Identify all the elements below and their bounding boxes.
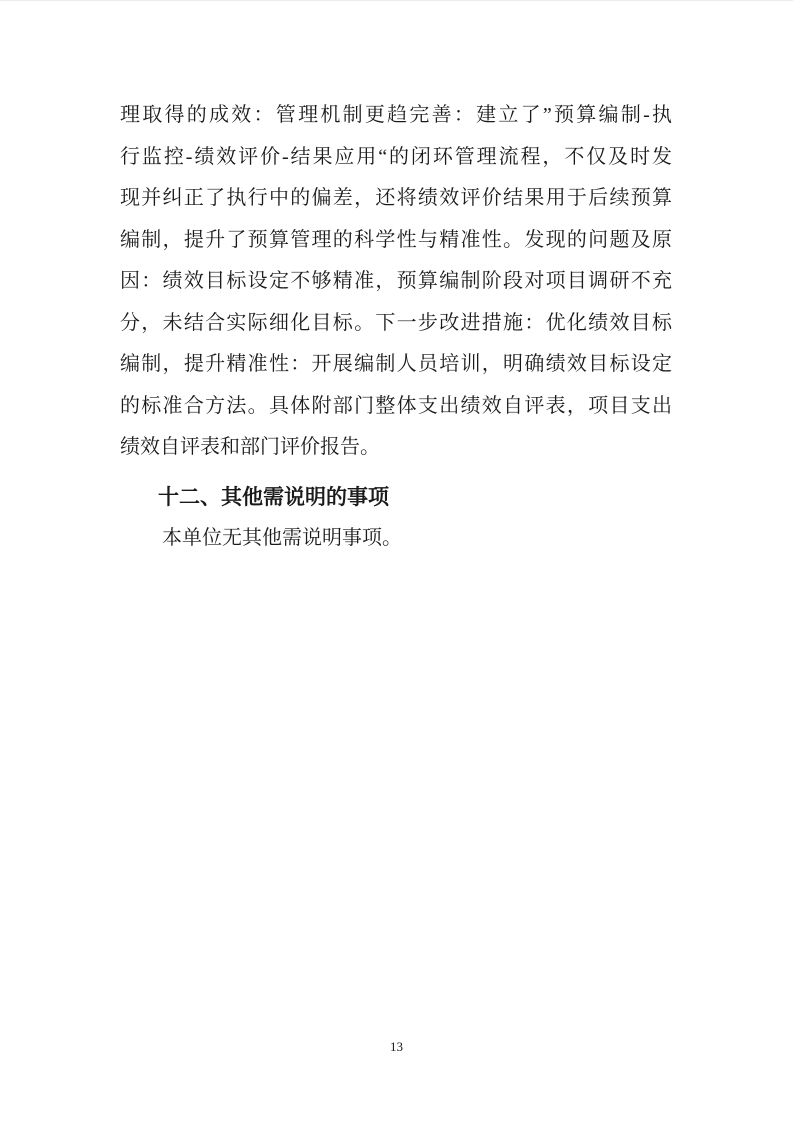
text-line: 绩效自评表和部门评价报告。 — [120, 427, 672, 469]
text-line: 现并纠正了执行中的偏差，还将绩效评价结果用于后续预算 — [120, 178, 672, 220]
text-line: 编制，提升精准性：开展编制人员培训，明确绩效目标设定 — [120, 344, 672, 386]
paragraph-continued: 理取得的成效：管理机制更趋完善：建立了”预算编制-执 行监控-绩效评价-结果应用… — [120, 95, 672, 469]
text-line: 行监控-绩效评价-结果应用“的闭环管理流程，不仅及时发 — [120, 137, 672, 179]
document-page: 理取得的成效：管理机制更趋完善：建立了”预算编制-执 行监控-绩效评价-结果应用… — [0, 0, 793, 1122]
text-line: 理取得的成效：管理机制更趋完善：建立了”预算编制-执 — [120, 95, 672, 137]
text-line: 分，未结合实际细化目标。下一步改进措施：优化绩效目标 — [120, 303, 672, 345]
text-line: 的标准合方法。具体附部门整体支出绩效自评表，项目支出 — [120, 386, 672, 428]
paragraph-note: 本单位无其他需说明事项。 — [120, 518, 672, 560]
text-line: 编制，提升了预算管理的科学性与精准性。发现的问题及原 — [120, 220, 672, 262]
page-number: 13 — [0, 1039, 793, 1055]
text-line: 因：绩效目标设定不够精准，预算编制阶段对项目调研不充 — [120, 261, 672, 303]
section-heading: 十二、其他需说明的事项 — [120, 477, 672, 519]
document-body: 理取得的成效：管理机制更趋完善：建立了”预算编制-执 行监控-绩效评价-结果应用… — [120, 95, 672, 560]
